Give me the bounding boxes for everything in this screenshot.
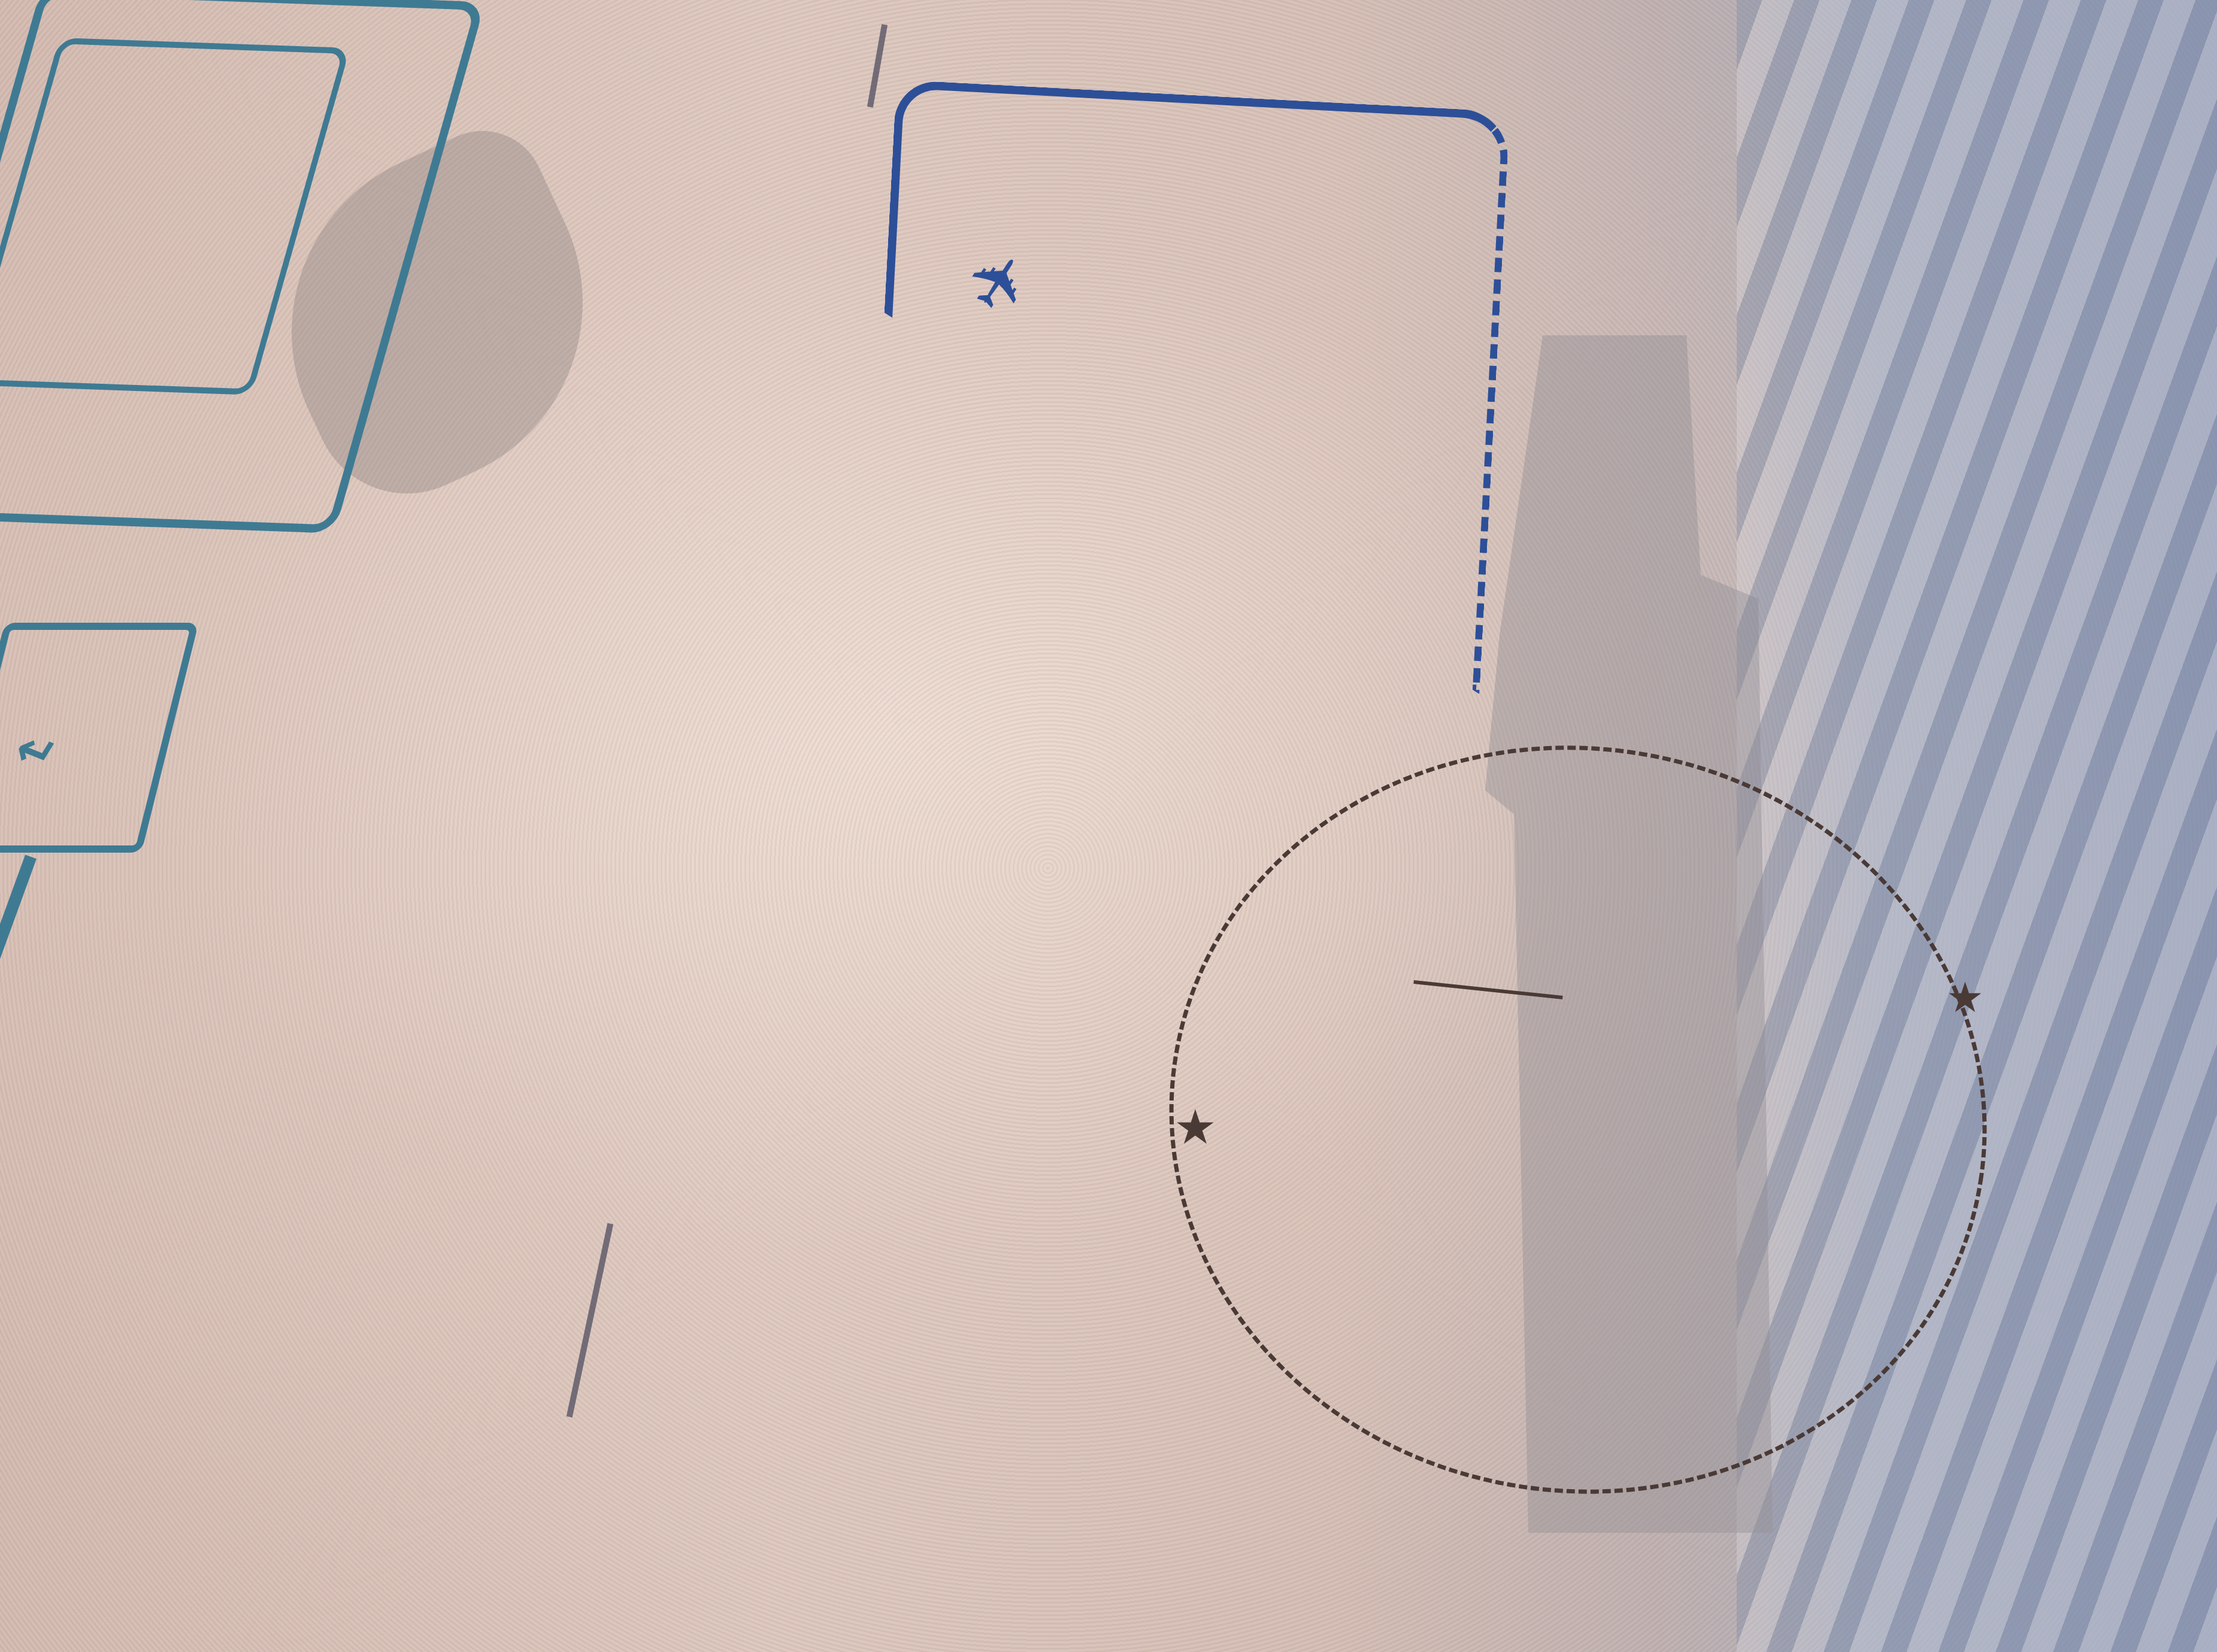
teal-stamp-inner-frame xyxy=(0,38,350,395)
blue-stamp-frame xyxy=(866,80,1510,694)
panama-entry-stamp: ★ ★ xyxy=(1132,701,2030,1503)
svg-text:★: ★ xyxy=(1946,973,1984,1022)
arrow-down-icon: ↵ xyxy=(7,726,66,780)
blue-entry-stamp: ✈ xyxy=(865,80,1531,711)
panama-stamp-ring: ★ ★ xyxy=(1132,701,2030,1503)
svg-text:★: ★ xyxy=(1174,1099,1217,1155)
